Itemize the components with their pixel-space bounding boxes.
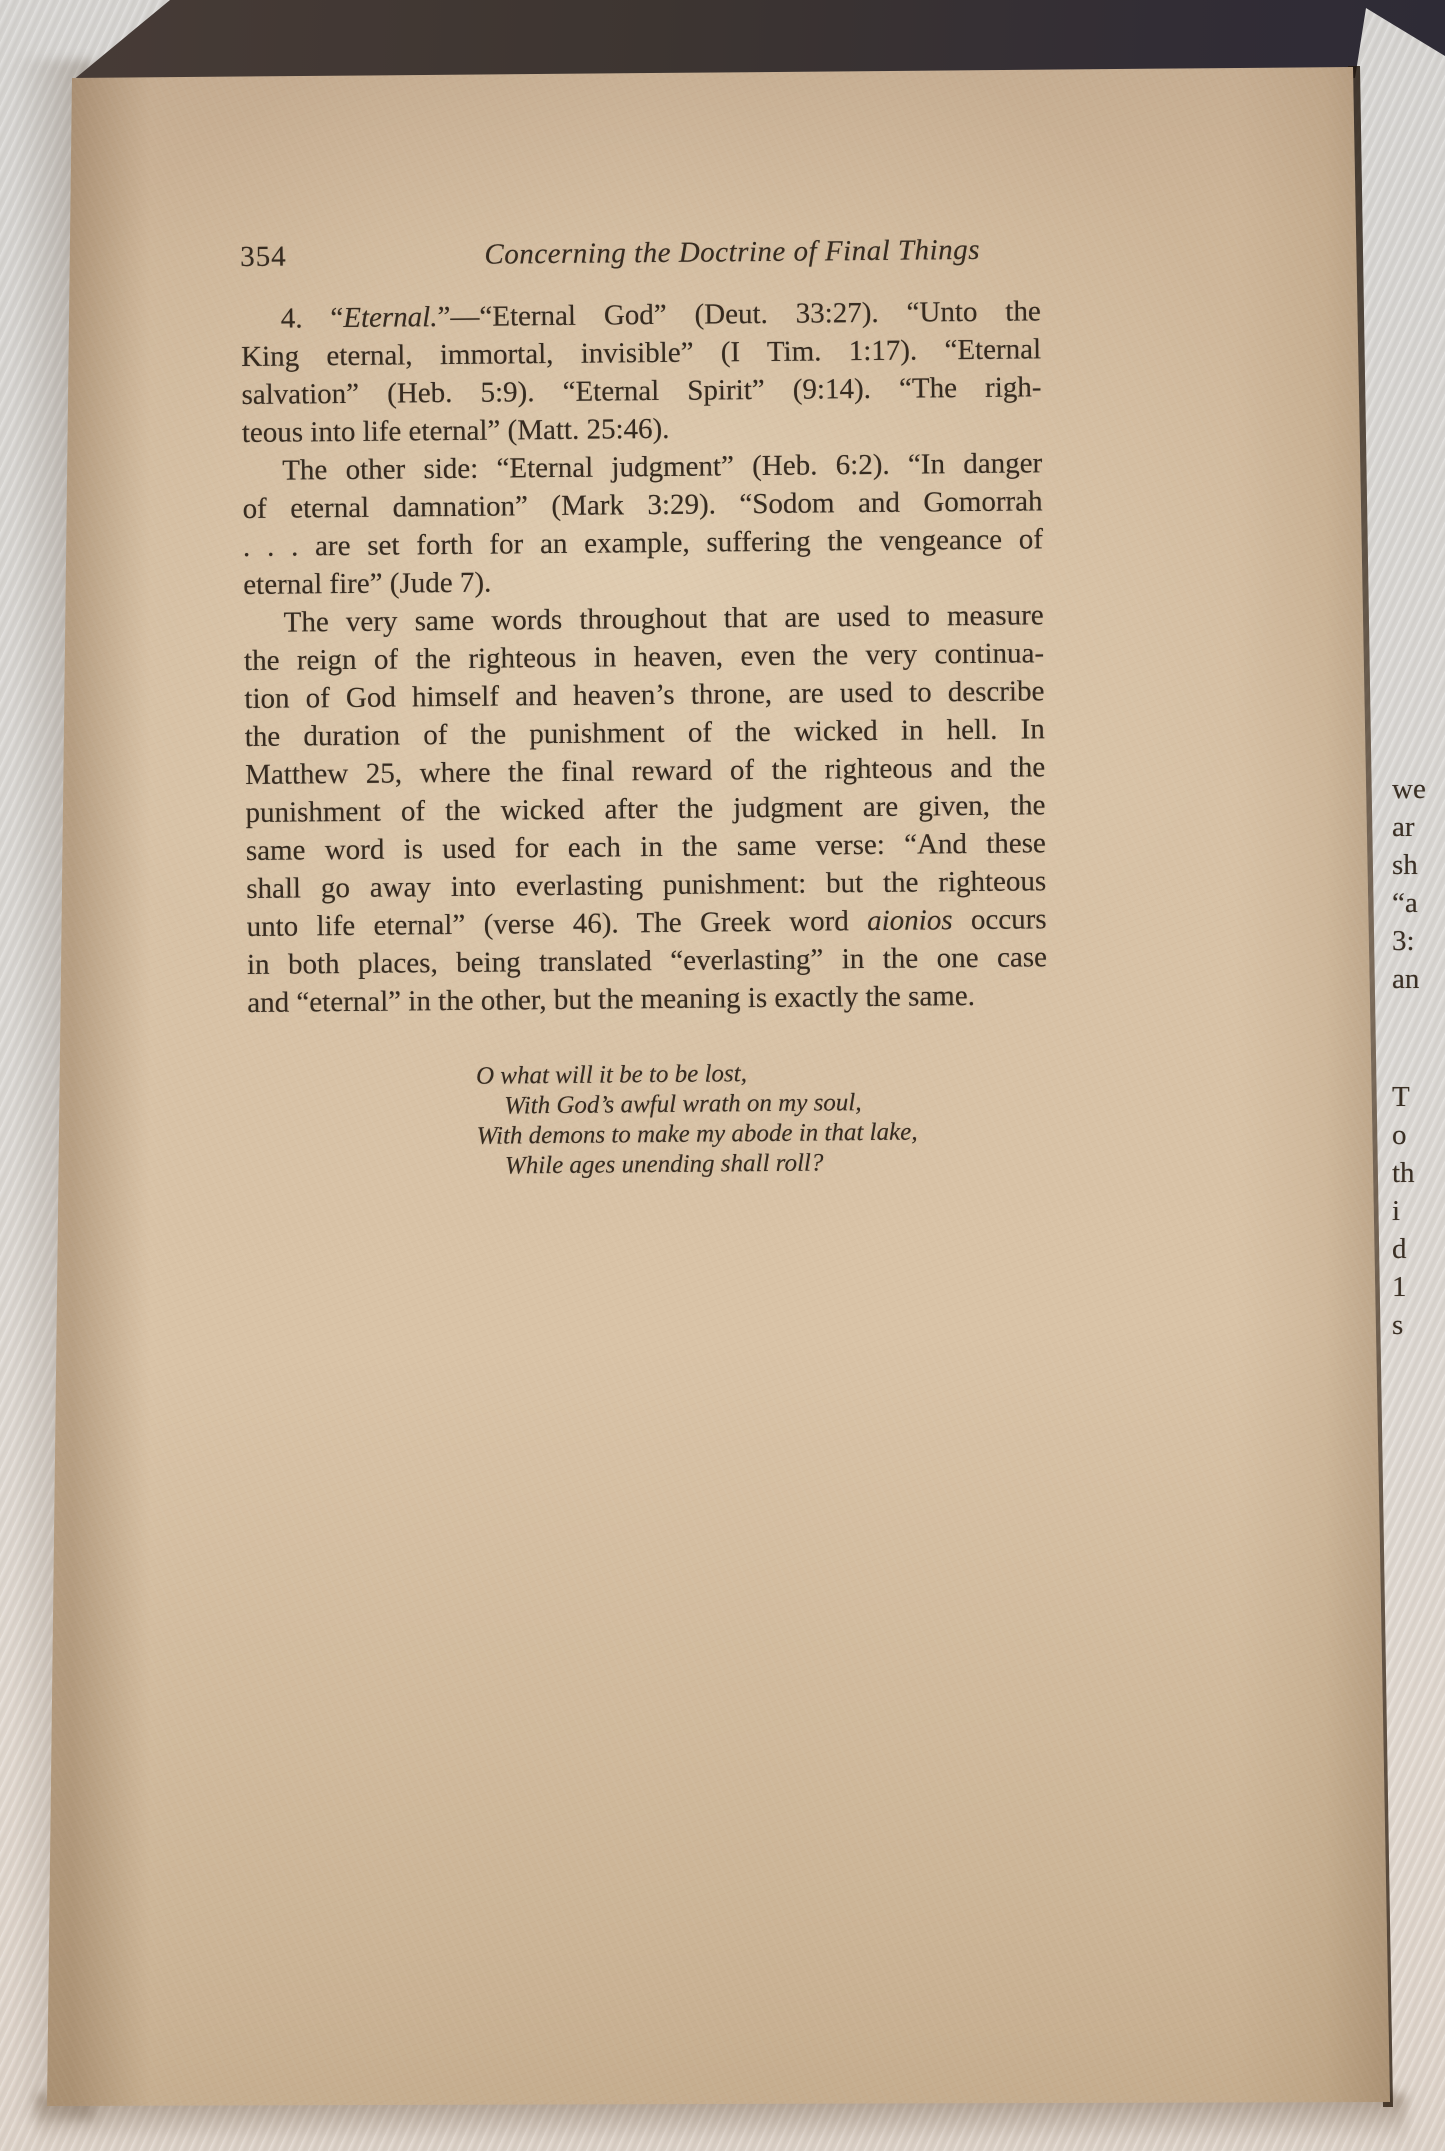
poem-line: While ages unending shall roll? [505,1146,1049,1181]
text-fragment: i [1392,1192,1415,1230]
text-fragment: th [1392,1154,1415,1192]
text-fragment: an [1392,960,1426,998]
next-page-text-fragments-upper: we ar sh “a 3: an [1392,770,1426,998]
text-fragment: we [1392,770,1426,808]
paragraph-same-words: The very same words throughout that are … [244,596,1048,1022]
text-line: and “eternal” in the other, but the mean… [247,976,1047,1022]
paragraph-eternal: 4. “Eternal.”—“Eternal God” (Deut. 33:27… [241,292,1042,452]
text-fragment: 3: [1392,922,1426,960]
text-fragment: d [1392,1230,1415,1268]
text-fragment: T [1392,1078,1415,1116]
text-fragment: “a [1392,884,1426,922]
text-fragment: s [1392,1306,1415,1344]
running-header: 354 Concerning the Doctrine of Final Thi… [240,230,1040,276]
text-line: salvation” (Heb. 5:9). “Eternal Spirit” … [241,368,1041,414]
italic-word: Eternal. [343,301,438,334]
next-page-text-fragments-lower: T o th i d 1 s [1392,1078,1415,1344]
text-fragment: ar [1392,808,1426,846]
page-text: 354 Concerning the Doctrine of Final Thi… [240,230,1049,1184]
text-fragment: o [1392,1116,1415,1154]
page-number: 354 [240,237,360,276]
text-line: . . . are set forth for an example, suff… [243,520,1043,566]
paragraph-other-side: The other side: “Eternal judgment” (Heb.… [242,444,1043,604]
running-head-title: Concerning the Doctrine of Final Things [360,230,1040,275]
text-fragment: 1 [1392,1268,1415,1306]
book-photo: 354 Concerning the Doctrine of Final Thi… [0,0,1445,2151]
italic-word: aionios [867,904,953,937]
poem-block: O what will it be to be lost, With God’s… [476,1056,1049,1181]
text-fragment: sh [1392,846,1426,884]
